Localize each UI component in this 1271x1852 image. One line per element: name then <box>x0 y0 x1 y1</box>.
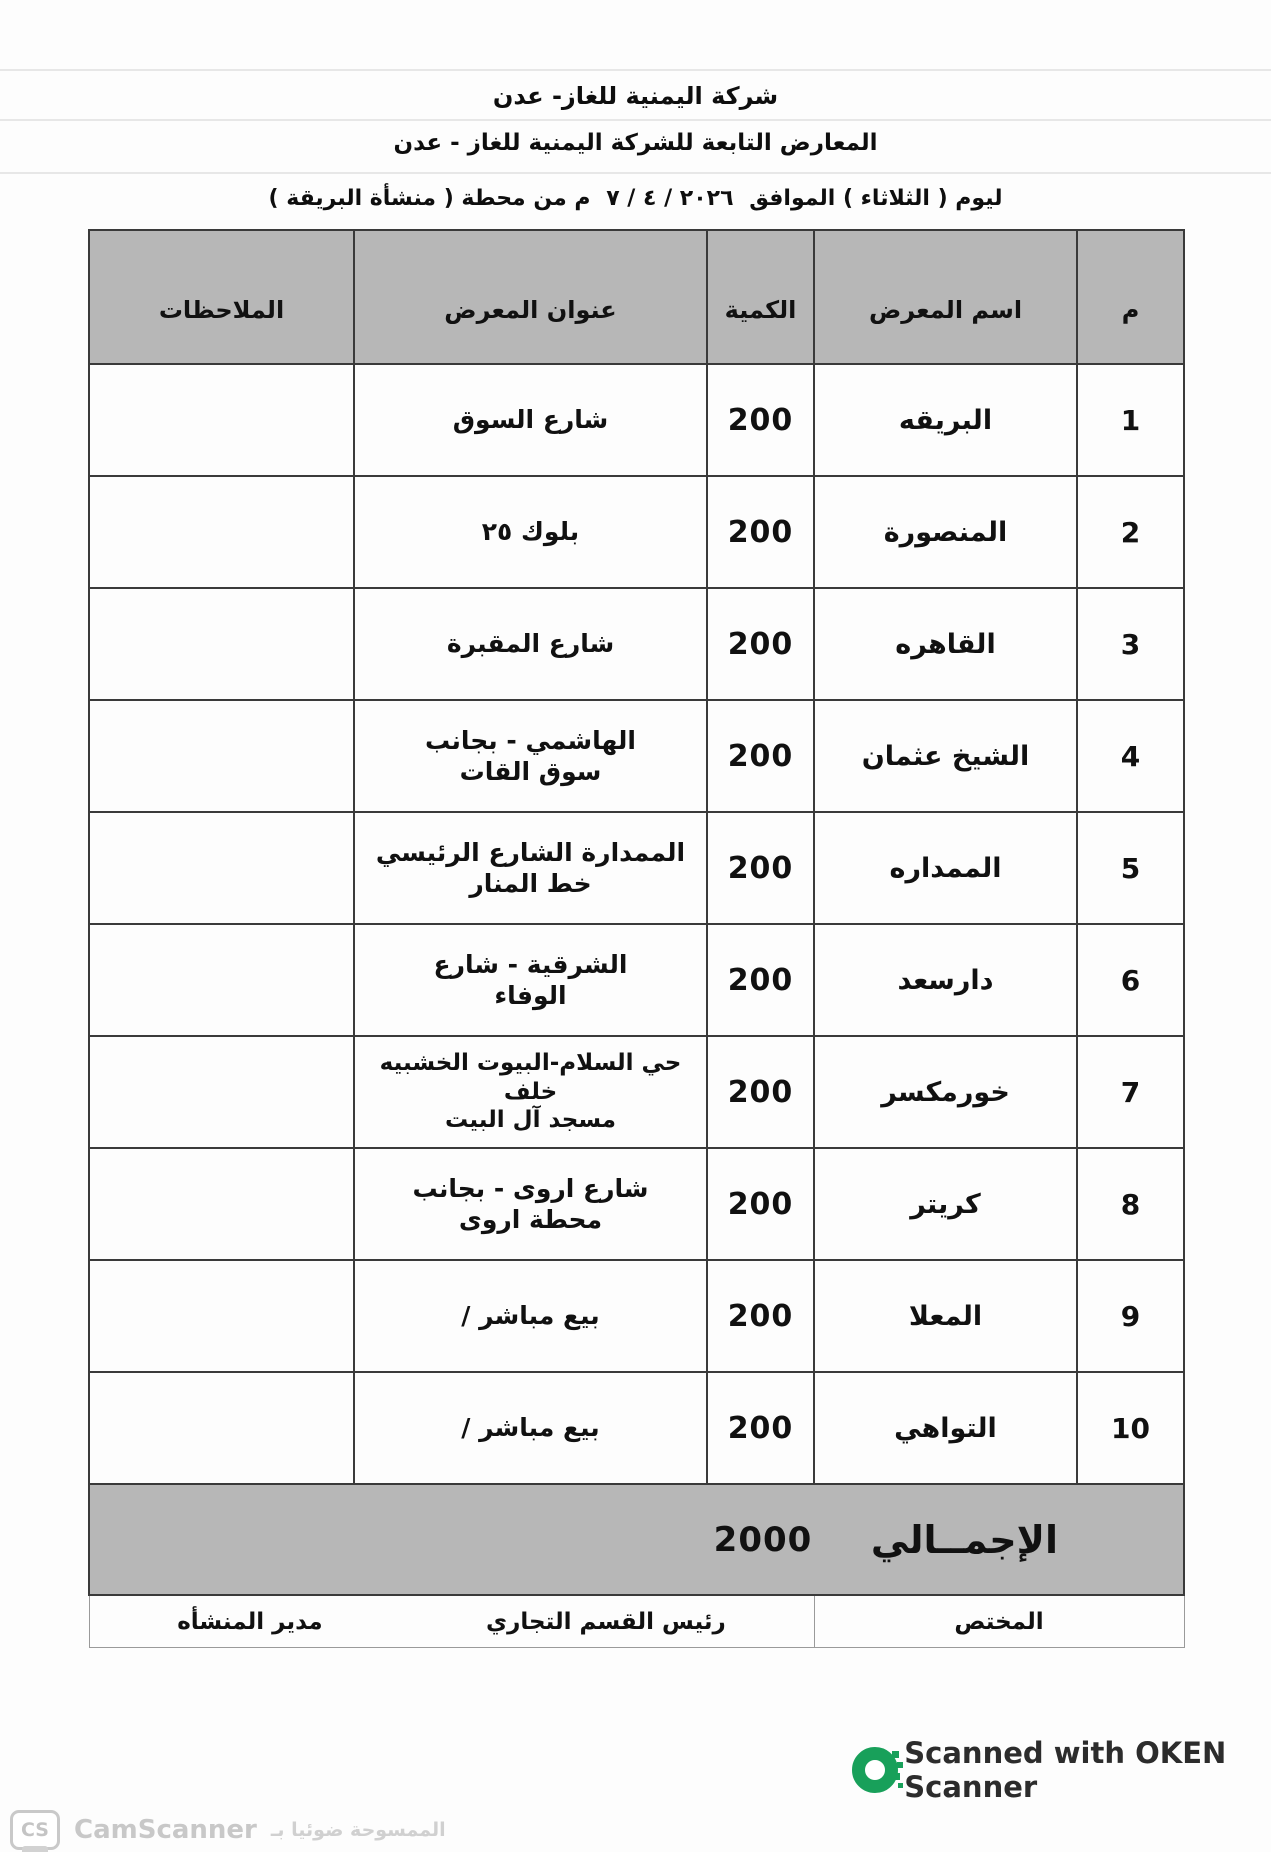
row-number-cell: 1 <box>1077 364 1184 476</box>
header-no: م <box>1077 230 1184 364</box>
row-number-cell: 4 <box>1077 700 1184 812</box>
notes-cell <box>89 364 354 476</box>
row-number-cell: 6 <box>1077 924 1184 1036</box>
header-divider-line-2 <box>0 172 1271 174</box>
row-number-cell: 3 <box>1077 588 1184 700</box>
oken-scanner-watermark: Scanned with OKEN Scanner <box>852 1736 1271 1804</box>
oken-scanner-text: Scanned with OKEN Scanner <box>904 1736 1271 1804</box>
camscanner-latin-text: CamScanner <box>74 1815 257 1845</box>
quantity-cell: 200 <box>707 1372 814 1484</box>
address-cell: بيع مباشر / <box>354 1260 707 1372</box>
address-cell: بيع مباشر / <box>354 1372 707 1484</box>
quantity-cell: 200 <box>707 1148 814 1260</box>
total-label: الإجمــالي <box>871 1518 1058 1562</box>
camscanner-arabic-text: الممسوحة ضوئيا بـ <box>271 1819 446 1841</box>
header-notes: الملاحظات <box>89 230 354 364</box>
exhibition-name-cell: البريقه <box>814 364 1077 476</box>
signature-row: المختص رئيس القسم التجاري مدير المنشأه <box>89 1595 1184 1648</box>
exhibition-name-cell: المنصورة <box>814 476 1077 588</box>
address-cell: بلوك ٢٥ <box>354 476 707 588</box>
oken-scanner-icon <box>852 1747 888 1793</box>
header-name: اسم المعرض <box>814 230 1077 364</box>
total-row: الإجمــالي 2000 <box>89 1484 1184 1595</box>
table-row: 1 البريقه 200 شارع السوق <box>89 364 1184 476</box>
managers-cell: رئيس القسم التجاري مدير المنشأه <box>89 1595 814 1648</box>
row-number-cell: 9 <box>1077 1260 1184 1372</box>
address-cell: شارع السوق <box>354 364 707 476</box>
row-number-cell: 7 <box>1077 1036 1184 1148</box>
quantity-cell: 200 <box>707 364 814 476</box>
row-number-cell: 5 <box>1077 812 1184 924</box>
quantity-cell: 200 <box>707 700 814 812</box>
table-row: 3 القاهره 200 شارع المقبرة <box>89 588 1184 700</box>
quantity-cell: 200 <box>707 812 814 924</box>
header-address: عنوان المعرض <box>354 230 707 364</box>
camscanner-icon: CS <box>10 1810 60 1850</box>
facility-manager-label: مدير المنشأه <box>177 1609 322 1635</box>
quantity-cell: 200 <box>707 476 814 588</box>
table-row: 9 المعلا 200 بيع مباشر / <box>89 1260 1184 1372</box>
address-cell: الممدارة الشارع الرئيسي خط المنار <box>354 812 707 924</box>
quantity-cell: 200 <box>707 588 814 700</box>
table-row: 8 كريتر 200 شارع اروى - بجانب محطة اروى <box>89 1148 1184 1260</box>
quantity-cell: 200 <box>707 1260 814 1372</box>
table-row: 6 دارسعد 200 الشرقية - شارع الوفاء <box>89 924 1184 1036</box>
quantity-cell: 200 <box>707 1036 814 1148</box>
address-cell: الهاشمي - بجانب سوق القات <box>354 700 707 812</box>
date-suffix: م من محطة ( منشأة البريقة ) <box>265 186 595 211</box>
exhibition-name-cell: الممداره <box>814 812 1077 924</box>
specialist-cell: المختص <box>814 1595 1184 1648</box>
address-cell: شارع اروى - بجانب محطة اروى <box>354 1148 707 1260</box>
notes-cell <box>89 476 354 588</box>
exhibition-name-cell: خورمكسر <box>814 1036 1077 1148</box>
notes-cell <box>89 1148 354 1260</box>
company-title: شركة اليمنية للغاز- عدن <box>88 82 1183 110</box>
table-row: 2 المنصورة 200 بلوك ٢٥ <box>89 476 1184 588</box>
page-top-edge-line <box>0 69 1271 71</box>
address-cell: الشرقية - شارع الوفاء <box>354 924 707 1036</box>
table-row: 10 التواهي 200 بيع مباشر / <box>89 1372 1184 1484</box>
notes-cell <box>89 1036 354 1148</box>
notes-cell <box>89 700 354 812</box>
notes-cell <box>89 1372 354 1484</box>
date-prefix: ليوم ( الثلاثاء ) الموافق <box>745 186 1006 211</box>
address-cell: شارع المقبرة <box>354 588 707 700</box>
notes-cell <box>89 588 354 700</box>
table-header-row: م اسم المعرض الكمية عنوان المعرض الملاحظ… <box>89 230 1184 364</box>
document-subtitle: المعارض التابعة للشركة اليمنية للغاز - ع… <box>88 130 1183 156</box>
exhibitions-table: م اسم المعرض الكمية عنوان المعرض الملاحظ… <box>88 229 1185 1648</box>
exhibition-name-cell: المعلا <box>814 1260 1077 1372</box>
table-row: 4 الشيخ عثمان 200 الهاشمي - بجانب سوق ال… <box>89 700 1184 812</box>
header-divider-line-1 <box>0 119 1271 121</box>
total-value: 2000 <box>703 1520 823 1560</box>
table-row: 7 خورمكسر 200 حي السلام-البيوت الخشبيه خ… <box>89 1036 1184 1148</box>
commercial-head-label: رئيس القسم التجاري <box>486 1609 726 1635</box>
notes-cell <box>89 924 354 1036</box>
camscanner-watermark: CS CamScanner الممسوحة ضوئيا بـ <box>10 1810 446 1850</box>
exhibition-name-cell: كريتر <box>814 1148 1077 1260</box>
table-row: 5 الممداره 200 الممدارة الشارع الرئيسي خ… <box>89 812 1184 924</box>
notes-cell <box>89 812 354 924</box>
scanned-document-page: { "header": { "title1": "شركة اليمنية لل… <box>0 0 1271 1852</box>
date-line: ليوم ( الثلاثاء ) الموافق ٢٠٢٦ / ٤ / ٧ م… <box>88 186 1183 211</box>
exhibition-name-cell: القاهره <box>814 588 1077 700</box>
exhibition-name-cell: الشيخ عثمان <box>814 700 1077 812</box>
header-qty: الكمية <box>707 230 814 364</box>
row-number-cell: 2 <box>1077 476 1184 588</box>
date-value: ٢٠٢٦ / ٤ / ٧ <box>602 186 737 211</box>
row-number-cell: 10 <box>1077 1372 1184 1484</box>
notes-cell <box>89 1260 354 1372</box>
exhibition-name-cell: التواهي <box>814 1372 1077 1484</box>
address-cell: حي السلام-البيوت الخشبيه خلف مسجد آل الب… <box>354 1036 707 1148</box>
quantity-cell: 200 <box>707 924 814 1036</box>
exhibition-name-cell: دارسعد <box>814 924 1077 1036</box>
row-number-cell: 8 <box>1077 1148 1184 1260</box>
